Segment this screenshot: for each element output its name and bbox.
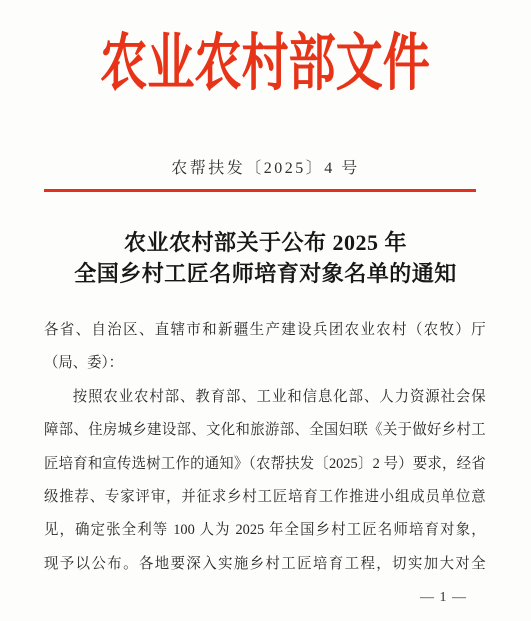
letterhead: 农业农村部文件 (0, 30, 531, 98)
document-page: 农业农村部文件 农帮扶发〔2025〕4 号 农业农村部关于公布 2025 年 全… (0, 0, 531, 621)
notice-title-line2: 全国乡村工匠名师培育对象名单的通知 (0, 258, 531, 289)
page-number: — 1 — (420, 589, 467, 607)
body-line: 现予以公布。各地要深入实施乡村工匠培育工程，切实加大对全 (44, 548, 486, 581)
notice-title-line1: 农业农村部关于公布 2025 年 (0, 227, 531, 258)
body-line: 级推荐、专家评审，并征求乡村工匠培育工作推进小组成员单位意 (44, 481, 486, 514)
salutation-line2: （局、委）： (44, 347, 486, 380)
body-line: 按照农业农村部、教育部、工业和信息化部、人力资源社会保 (44, 381, 486, 414)
body-line: 匠培育和宣传选树工作的通知》（农帮扶发〔2025〕2 号）要求，经省 (44, 448, 486, 481)
body-line: 见，确定张全利等 100 人为 2025 年全国乡村工匠名师培育对象， (44, 514, 486, 547)
doc-reference-number: 农帮扶发〔2025〕4 号 (0, 158, 531, 180)
notice-title: 农业农村部关于公布 2025 年 全国乡村工匠名师培育对象名单的通知 (0, 227, 531, 289)
ministry-title: 农业农村部文件 (101, 30, 431, 98)
body-line: 障部、住房城乡建设部、文化和旅游部、全国妇联《关于做好乡村工 (44, 414, 486, 447)
notice-body: 各省、自治区、直辖市和新疆生产建设兵团农业农村（农牧）厅 （局、委）： 按照农业… (44, 314, 486, 581)
salutation-line1: 各省、自治区、直辖市和新疆生产建设兵团农业农村（农牧）厅 (44, 314, 486, 347)
red-divider-line (44, 189, 476, 192)
